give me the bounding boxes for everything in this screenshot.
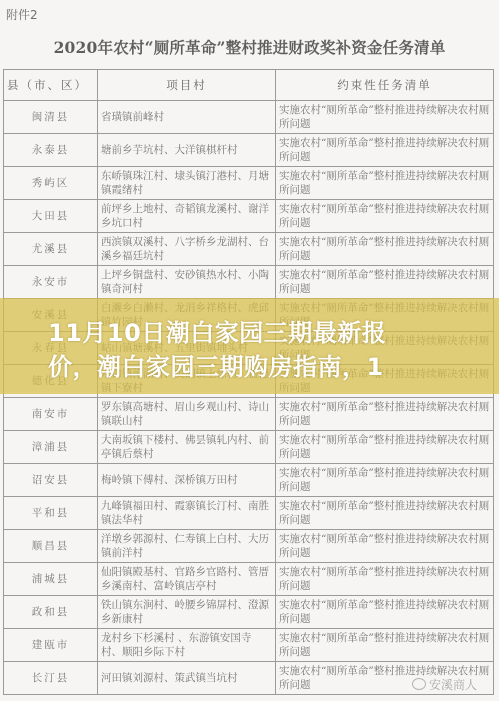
task-cell: 实施农村“厕所革命”整村推进持续解决农村厕所问题 — [276, 596, 494, 629]
villages-cell: 龙村乡下杉溪村 、东游镇安国寺村、顺阳乡际下村 — [98, 629, 276, 662]
county-cell: 南安市 — [4, 398, 98, 431]
table-row: 漳浦县大南坂镇下楼村、佛昙镇轧内村、前亭镇后蔡村实施农村“厕所革命”整村推进持续… — [4, 431, 494, 464]
table-row: 秀屿区东峤镇珠江村、埭头镇汀港村、月塘镇霞绪村实施农村“厕所革命”整村推进持续解… — [4, 167, 494, 200]
table-row: 闽清县省璜镇前峰村实施农村“厕所革命”整村推进持续解决农村厕所问题 — [4, 101, 494, 134]
table-row: 大田县前坪乡上地村、奇韬镇龙溪村、谢洋乡坑口村实施农村“厕所革命”整村推进持续解… — [4, 200, 494, 233]
county-cell: 平和县 — [4, 497, 98, 530]
task-cell: 实施农村“厕所革命”整村推进持续解决农村厕所问题 — [276, 398, 494, 431]
county-cell: 浦城县 — [4, 563, 98, 596]
villages-cell: 上坪乡铜盘村、安砂镇热水村、小陶镇奇河村 — [98, 266, 276, 299]
county-cell: 尤溪县 — [4, 233, 98, 266]
villages-cell: 梅岭镇下傅村、深桥镇万田村 — [98, 464, 276, 497]
headline-text[interactable]: 11月10日潮白家园三期最新报 价，潮白家园三期购房指南，1 — [0, 298, 499, 394]
table-row: 浦城县仙阳镇殿基村、官路乡官路村、管厝乡溪南村、富岭镇店亭村实施农村“厕所革命”… — [4, 563, 494, 596]
county-cell: 闽清县 — [4, 101, 98, 134]
annex-label: 附件2 — [6, 6, 38, 23]
county-cell: 长汀县 — [4, 662, 98, 695]
headline-line-2: 价，潮白家园三期购房指南，1 — [48, 350, 499, 384]
villages-cell: 大南坂镇下楼村、佛昙镇轧内村、前亭镇后蔡村 — [98, 431, 276, 464]
task-cell: 实施农村“厕所革命”整村推进持续解决农村厕所问题 — [276, 101, 494, 134]
task-cell: 实施农村“厕所革命”整村推进持续解决农村厕所问题 — [276, 497, 494, 530]
task-cell: 实施农村“厕所革命”整村推进持续解决农村厕所问题 — [276, 134, 494, 167]
county-cell: 漳浦县 — [4, 431, 98, 464]
villages-cell: 塘前乡芋坑村、大洋镇棋杆村 — [98, 134, 276, 167]
villages-cell: 铁山镇东涧村、岭腰乡锦屏村、澄源乡新康村 — [98, 596, 276, 629]
table-header-row: 县（市、区） 项目村 约束性任务清单 — [4, 70, 494, 101]
headline-line-1: 11月10日潮白家园三期最新报 — [48, 316, 499, 350]
county-cell: 顺昌县 — [4, 530, 98, 563]
header-task: 约束性任务清单 — [276, 70, 494, 101]
task-cell: 实施农村“厕所革命”整村推进持续解决农村厕所问题 — [276, 563, 494, 596]
table-body: 闽清县省璜镇前峰村实施农村“厕所革命”整村推进持续解决农村厕所问题永泰县塘前乡芋… — [4, 101, 494, 695]
villages-cell: 洋墩乡郭源村、仁寿镇上白村、大历镇前洋村 — [98, 530, 276, 563]
watermark-text: 安溪商人 — [429, 678, 477, 692]
county-cell: 政和县 — [4, 596, 98, 629]
task-cell: 实施农村“厕所革命”整村推进持续解决农村厕所问题 — [276, 233, 494, 266]
county-cell: 永安市 — [4, 266, 98, 299]
villages-cell: 仙阳镇殿基村、官路乡官路村、管厝乡溪南村、富岭镇店亭村 — [98, 563, 276, 596]
villages-cell: 罗东镇高塘村、眉山乡观山村、诗山镇联山村 — [98, 398, 276, 431]
county-cell: 秀屿区 — [4, 167, 98, 200]
county-cell: 大田县 — [4, 200, 98, 233]
table-row: 永安市上坪乡铜盘村、安砂镇热水村、小陶镇奇河村实施农村“厕所革命”整村推进持续解… — [4, 266, 494, 299]
task-cell: 实施农村“厕所革命”整村推进持续解决农村厕所问题 — [276, 200, 494, 233]
table-row: 顺昌县洋墩乡郭源村、仁寿镇上白村、大历镇前洋村实施农村“厕所革命”整村推进持续解… — [4, 530, 494, 563]
table-row: 建瓯市龙村乡下杉溪村 、东游镇安国寺村、顺阳乡际下村实施农村“厕所革命”整村推进… — [4, 629, 494, 662]
county-cell: 诏安县 — [4, 464, 98, 497]
county-cell: 建瓯市 — [4, 629, 98, 662]
task-cell: 实施农村“厕所革命”整村推进持续解决农村厕所问题 — [276, 431, 494, 464]
table-row: 南安市罗东镇高塘村、眉山乡观山村、诗山镇联山村实施农村“厕所革命”整村推进持续解… — [4, 398, 494, 431]
table-row: 诏安县梅岭镇下傅村、深桥镇万田村实施农村“厕所革命”整村推进持续解决农村厕所问题 — [4, 464, 494, 497]
table-row: 政和县铁山镇东涧村、岭腰乡锦屏村、澄源乡新康村实施农村“厕所革命”整村推进持续解… — [4, 596, 494, 629]
document-title: 2020年农村“厕所革命”整村推进财政奖补资金任务清单 — [0, 36, 499, 58]
wechat-logo-icon — [412, 678, 426, 690]
villages-cell: 前坪乡上地村、奇韬镇龙溪村、谢洋乡坑口村 — [98, 200, 276, 233]
county-cell: 永泰县 — [4, 134, 98, 167]
villages-cell: 东峤镇珠江村、埭头镇汀港村、月塘镇霞绪村 — [98, 167, 276, 200]
table-row: 尤溪县西滨镇双溪村、八字桥乡龙湖村、台溪乡福廷坑村实施农村“厕所革命”整村推进持… — [4, 233, 494, 266]
table-row: 平和县九峰镇福田村、霞寨镇长汀村、南胜镇法华村实施农村“厕所革命”整村推进持续解… — [4, 497, 494, 530]
header-villages: 项目村 — [98, 70, 276, 101]
villages-cell: 省璜镇前峰村 — [98, 101, 276, 134]
villages-cell: 西滨镇双溪村、八字桥乡龙湖村、台溪乡福廷坑村 — [98, 233, 276, 266]
task-cell: 实施农村“厕所革命”整村推进持续解决农村厕所问题 — [276, 530, 494, 563]
table-row: 永泰县塘前乡芋坑村、大洋镇棋杆村实施农村“厕所革命”整村推进持续解决农村厕所问题 — [4, 134, 494, 167]
task-cell: 实施农村“厕所革命”整村推进持续解决农村厕所问题 — [276, 629, 494, 662]
villages-cell: 九峰镇福田村、霞寨镇长汀村、南胜镇法华村 — [98, 497, 276, 530]
villages-cell: 河田镇刘源村、策武镇当坑村 — [98, 662, 276, 695]
task-cell: 实施农村“厕所革命”整村推进持续解决农村厕所问题 — [276, 464, 494, 497]
task-cell: 实施农村“厕所革命”整村推进持续解决农村厕所问题 — [276, 266, 494, 299]
watermark: 安溪商人 — [412, 676, 477, 693]
task-cell: 实施农村“厕所革命”整村推进持续解决农村厕所问题 — [276, 167, 494, 200]
header-county: 县（市、区） — [4, 70, 98, 101]
